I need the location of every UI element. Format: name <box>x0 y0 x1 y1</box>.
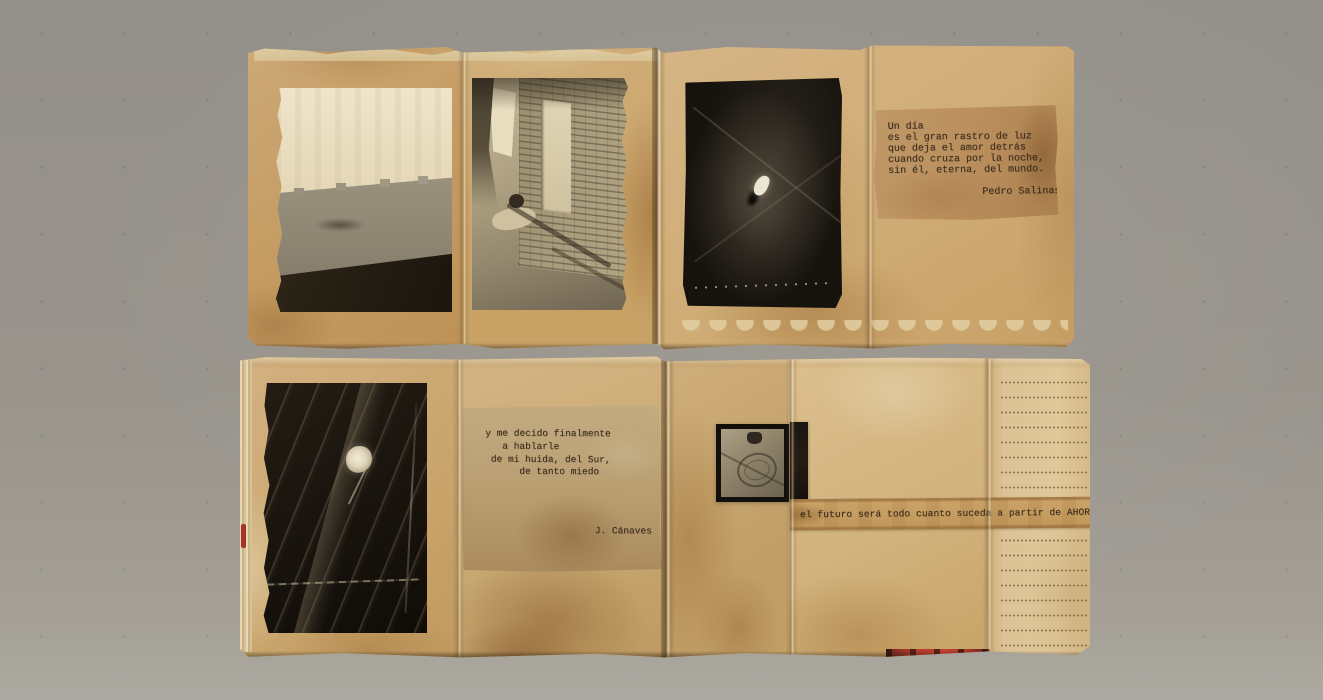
photo-dark-ground-bird <box>683 78 842 308</box>
gallery-wall: Un día es el gran rastro de luz que deja… <box>0 0 1323 700</box>
photo-light-specks <box>691 282 831 290</box>
poem-line: sin él, eterna, del mundo. <box>888 164 1058 177</box>
page-stack-edge <box>240 360 252 652</box>
photo-doorway <box>541 99 571 214</box>
photo-white-rose <box>346 446 372 473</box>
poem-line: de mi huida, del Sur, <box>485 453 662 467</box>
photo-wall-stain <box>314 218 366 232</box>
poem-canaves-text: y me decido finalmente a hablarle de mi … <box>462 404 662 479</box>
artist-book-bottom-spread: y me decido finalmente a hablarle de mi … <box>240 356 1090 658</box>
torn-tape-edge <box>254 46 660 61</box>
photo-white-bird <box>751 173 771 197</box>
red-paper-accent <box>886 649 990 658</box>
future-text-strip: el futuro será todo cuanto suceda a part… <box>790 497 1090 531</box>
poem-line: a hablarle <box>485 440 662 454</box>
ledger-dotted-lines-upper <box>1000 372 1088 496</box>
photo-feet <box>747 432 762 444</box>
photo-wood-beam <box>291 364 393 651</box>
torn-paper-scallop-edge <box>678 320 1068 336</box>
photo-alley-child <box>472 78 628 310</box>
poem-line: y me decido finalmente <box>485 428 662 442</box>
red-page-sliver <box>241 524 246 548</box>
photo-floor-mosaic <box>716 424 789 502</box>
photo-wire-edge <box>405 403 418 613</box>
poem-line: de tanto miedo <box>485 466 662 480</box>
poem-attribution: Pedro Salinas <box>888 186 1058 199</box>
ledger-dotted-lines-lower <box>1000 530 1088 650</box>
poem-salinas-panel: Un día es el gran rastro de luz que deja… <box>873 105 1058 221</box>
photo-black-fragment <box>790 422 808 500</box>
poem-canaves-panel: y me decido finalmente a hablarle de mi … <box>462 404 663 572</box>
poem-attribution: J. Cánaves <box>595 525 652 536</box>
artist-book-top-spread: Un día es el gran rastro de luz que deja… <box>248 44 1074 350</box>
photo-barbed-wire <box>267 578 420 585</box>
photo-courtyard-wall <box>275 88 452 312</box>
bottom-stained-page <box>663 356 788 658</box>
photo-planks-rose <box>262 383 427 633</box>
photo-floor-image <box>721 429 784 497</box>
photo-wall-posts <box>294 188 304 196</box>
poem-salinas-text: Un día es el gran rastro de luz que deja… <box>873 105 1058 199</box>
photo-top-shadow <box>472 78 628 110</box>
future-text: el futuro será todo cuanto suceda a part… <box>790 497 1090 531</box>
